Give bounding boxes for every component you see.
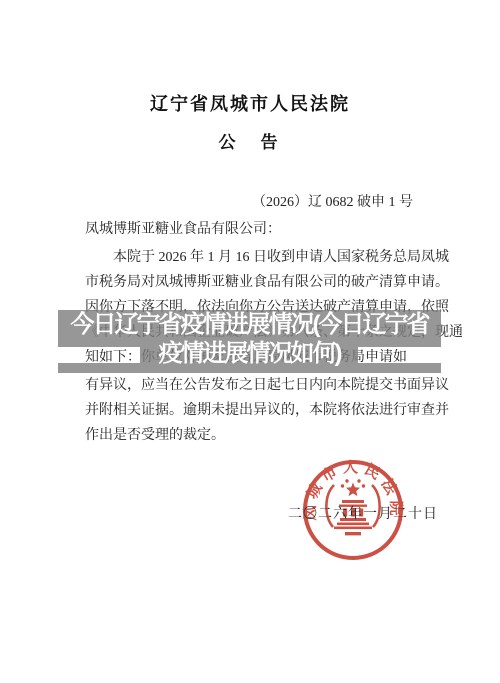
body-line: 作出是否受理的裁定。: [85, 424, 225, 444]
overlay-caption: 今日辽宁省疫情进展情况(今日辽宁省 疫情进展情况如何): [58, 310, 441, 368]
body-line: 有异议，应当在公告发布之日起七日内向本院提交书面异议: [85, 374, 449, 394]
court-name-title: 辽宁省凤城市人民法院: [0, 90, 500, 116]
case-number: （2026）辽 0682 破申 1 号: [252, 191, 413, 211]
addressee-line: 凤城博斯亚糖业食品有限公司：: [85, 218, 281, 238]
announcement-heading: 公 告: [0, 128, 500, 153]
overlay-caption-line2: 疫情进展情况如何): [58, 339, 441, 368]
document-date: 二〇二六年一月二十日: [288, 503, 438, 523]
body-line: 本院于 2026 年 1 月 16 日收到申请人国家税务总局凤城: [113, 246, 449, 266]
court-announcement-image: 辽宁省凤城市人民法院 公 告 （2026）辽 0682 破申 1 号 凤城博斯亚…: [0, 0, 500, 683]
body-line: 市税务局对凤城博斯亚糖业食品有限公司的破产清算申请。: [85, 271, 449, 291]
body-line: 并附相关证据。逾期未提出异议的，本院将依法进行审查并: [85, 399, 449, 419]
overlay-caption-line1: 今日辽宁省疫情进展情况(今日辽宁省: [58, 310, 441, 339]
